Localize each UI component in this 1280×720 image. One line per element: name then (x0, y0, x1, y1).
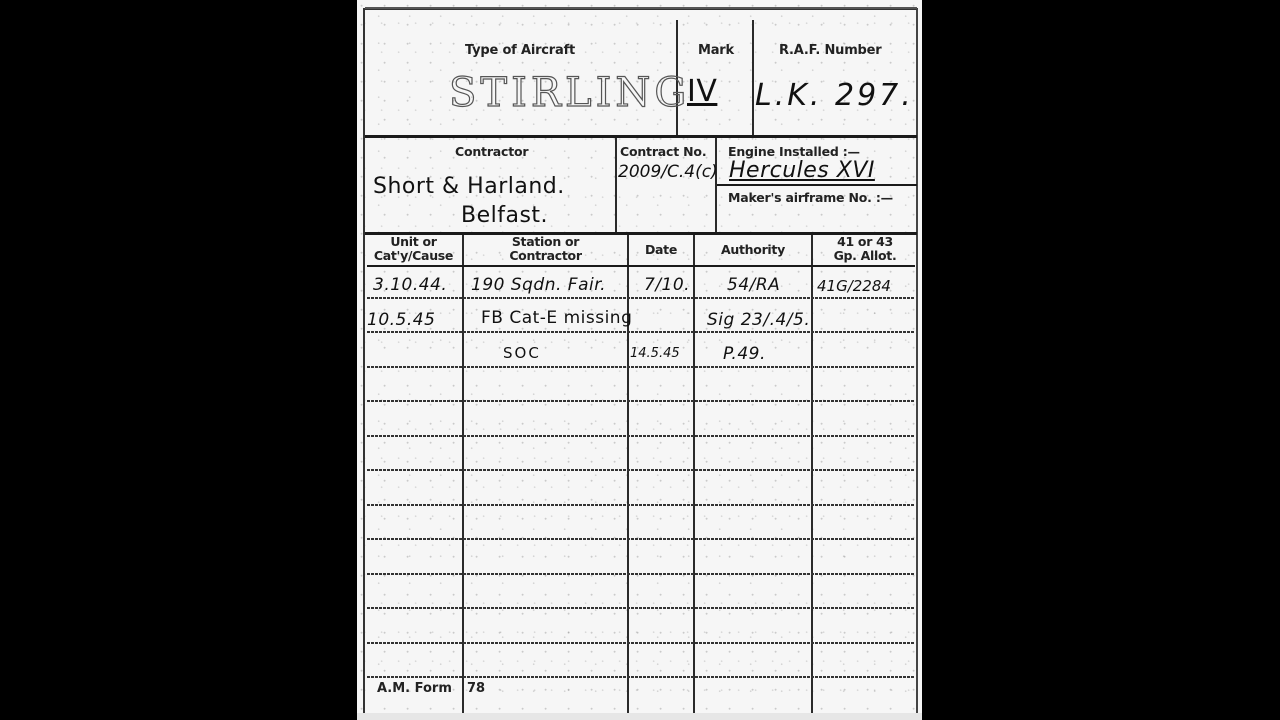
column-header-unit-line2: Cat'y/Cause (365, 249, 462, 263)
raf-number-value: L.K. 297. (755, 78, 914, 113)
row-1-authority: 54/RA (727, 275, 780, 295)
column-header-group-allot-line2: Gp. Allot. (813, 249, 917, 263)
engine-installed-label: Engine Installed :— (728, 144, 860, 159)
column-header-date: Date (629, 243, 693, 257)
contractor-label: Contractor (455, 144, 528, 159)
raf-number-label: R.A.F. Number (779, 43, 881, 58)
scan-margin (357, 713, 922, 720)
engine-installed-value: Hercules XVI (729, 158, 875, 183)
header-underline (367, 265, 915, 267)
form-label: A.M. Form (377, 681, 452, 696)
contract-no-value: 2009/C.4(c) (618, 162, 718, 182)
divider-header (365, 135, 917, 138)
row-line (367, 504, 915, 506)
contractor-value-line1: Short & Harland. (373, 174, 565, 199)
row-1-station: 190 Sqdn. Fair. (471, 275, 606, 295)
row-line (367, 400, 915, 402)
row-line (367, 538, 915, 540)
mark-value: IV (687, 74, 717, 109)
row-3-authority: P.49. (723, 344, 766, 364)
row-line (367, 676, 915, 678)
row-2-station: FB Cat-E missing (481, 308, 632, 328)
row-1-unit: 3.10.44. (373, 275, 447, 295)
row-1-date: 7/10. (644, 275, 690, 295)
makers-airframe-label: Maker's airframe No. :— (728, 190, 893, 205)
column-header-station-line1: Station or (464, 235, 627, 249)
column-header-station: Station or Contractor (464, 235, 627, 263)
column-header-station-line2: Contractor (464, 249, 627, 263)
row-line (367, 573, 915, 575)
row-line (367, 297, 915, 299)
column-header-authority: Authority (695, 243, 811, 257)
column-header-date-line1: Date (629, 243, 693, 257)
row-line (367, 331, 915, 333)
type-of-aircraft-label: Type of Aircraft (465, 43, 575, 58)
divider-mark-right (752, 20, 754, 136)
column-header-unit: Unit or Cat'y/Cause (365, 235, 462, 263)
contract-no-label: Contract No. (620, 144, 706, 159)
row-3-date: 14.5.45 (630, 346, 680, 361)
row-2-authority: Sig 23/.4/5. (707, 310, 810, 330)
column-header-group-allot: 41 or 43 Gp. Allot. (813, 235, 917, 263)
top-border (365, 7, 917, 9)
divider-contract-left (615, 138, 617, 233)
row-1-group-allot: 41G/2284 (817, 277, 891, 295)
row-2-unit: 10.5.45 (367, 310, 435, 330)
row-line (367, 642, 915, 644)
am-form-78-record-card: Type of Aircraft STIRLING Mark IV R.A.F.… (357, 0, 922, 720)
row-3-station: SOC (503, 344, 541, 362)
type-of-aircraft-value: STIRLING (449, 70, 690, 116)
column-header-group-allot-line1: 41 or 43 (813, 235, 917, 249)
mark-label: Mark (698, 43, 734, 58)
row-line (367, 469, 915, 471)
contractor-value-line2: Belfast. (461, 203, 548, 228)
column-header-authority-line1: Authority (695, 243, 811, 257)
row-line (367, 366, 915, 368)
form-number: 78 (467, 681, 485, 696)
divider-engine (717, 184, 917, 186)
column-header-unit-line1: Unit or (365, 235, 462, 249)
row-line (367, 607, 915, 609)
row-line (367, 435, 915, 437)
